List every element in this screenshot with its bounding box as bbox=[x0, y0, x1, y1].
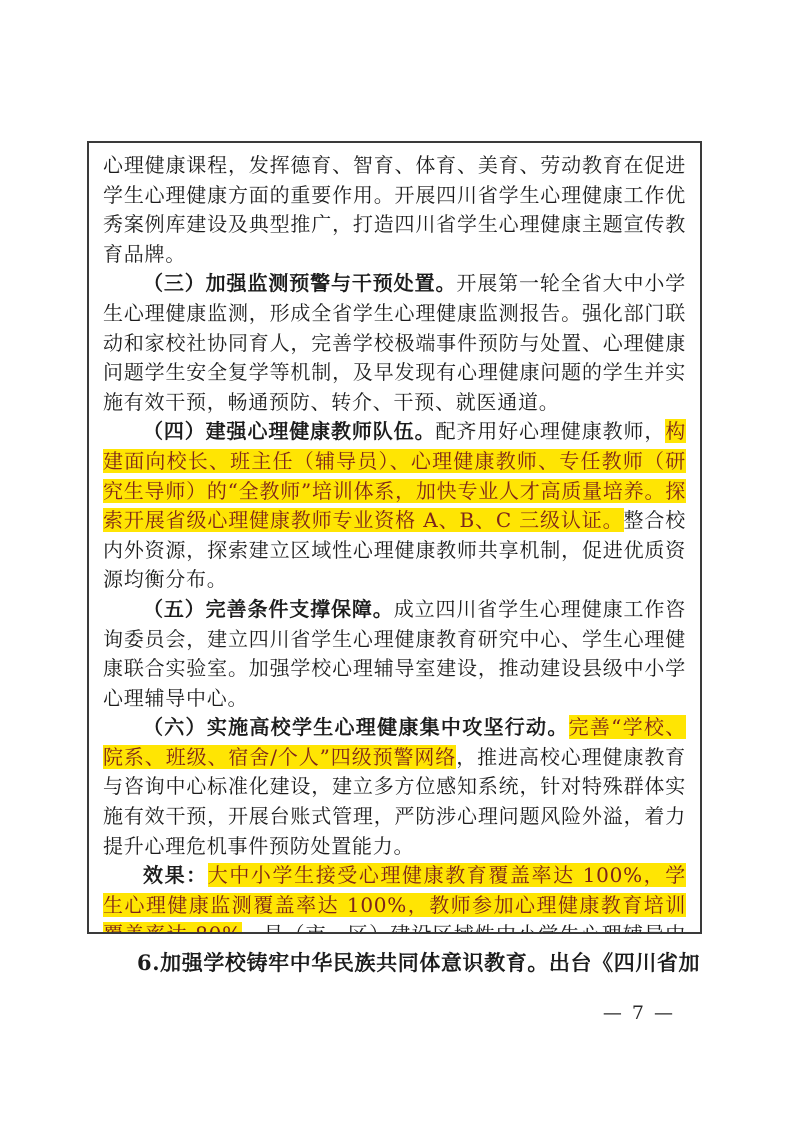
paragraph-section-3: （三）加强监测预警与干预处置。开展第一轮全省大中小学生心理健康监测，形成全省学生… bbox=[103, 269, 686, 417]
body-run: 配齐用好心理健康教师， bbox=[435, 419, 665, 443]
page-number: — 7 — bbox=[603, 1001, 675, 1025]
section-heading-run: （三）加强监测预警与干预处置。 bbox=[143, 271, 456, 295]
paragraph-section-6: （六）实施高校学生心理健康集中攻坚行动。完善“学校、院系、班级、宿舍/个人”四级… bbox=[103, 713, 686, 861]
paragraph-effect: 效果：大中小学生接受心理健康教育覆盖率达 100%，学生心理健康监测覆盖率达 1… bbox=[103, 861, 686, 934]
footer-heading-run: 6.加强学校铸牢中华民族共同体意识教育。出台《四川省加 bbox=[137, 950, 700, 975]
effect-label-run: 效果： bbox=[143, 863, 208, 887]
body-run: 心理健康课程，发挥德育、智育、体育、美育、劳动教育在促进学生心理健康方面的重要作… bbox=[103, 153, 686, 266]
paragraph-continuation: 心理健康课程，发挥德育、智育、体育、美育、劳动教育在促进学生心理健康方面的重要作… bbox=[103, 151, 686, 269]
section-heading-run: （五）完善条件支撑保障。 bbox=[143, 597, 394, 621]
section-heading-run: （六）实施高校学生心理健康集中攻坚行动。 bbox=[143, 715, 569, 739]
paragraph-section-4: （四）建强心理健康教师队伍。配齐用好心理健康教师，构建面向校长、班主任（辅导员）… bbox=[103, 417, 686, 595]
paragraph-item-6-heading: 6.加强学校铸牢中华民族共同体意识教育。出台《四川省加 bbox=[87, 948, 702, 978]
paragraph-section-5: （五）完善条件支撑保障。成立四川省学生心理健康工作咨询委员会，建立四川省学生心理… bbox=[103, 595, 686, 713]
document-text-box: 心理健康课程，发挥德育、智育、体育、美育、劳动教育在促进学生心理健康方面的重要作… bbox=[87, 141, 702, 934]
section-heading-run: （四）建强心理健康教师队伍。 bbox=[143, 419, 435, 443]
